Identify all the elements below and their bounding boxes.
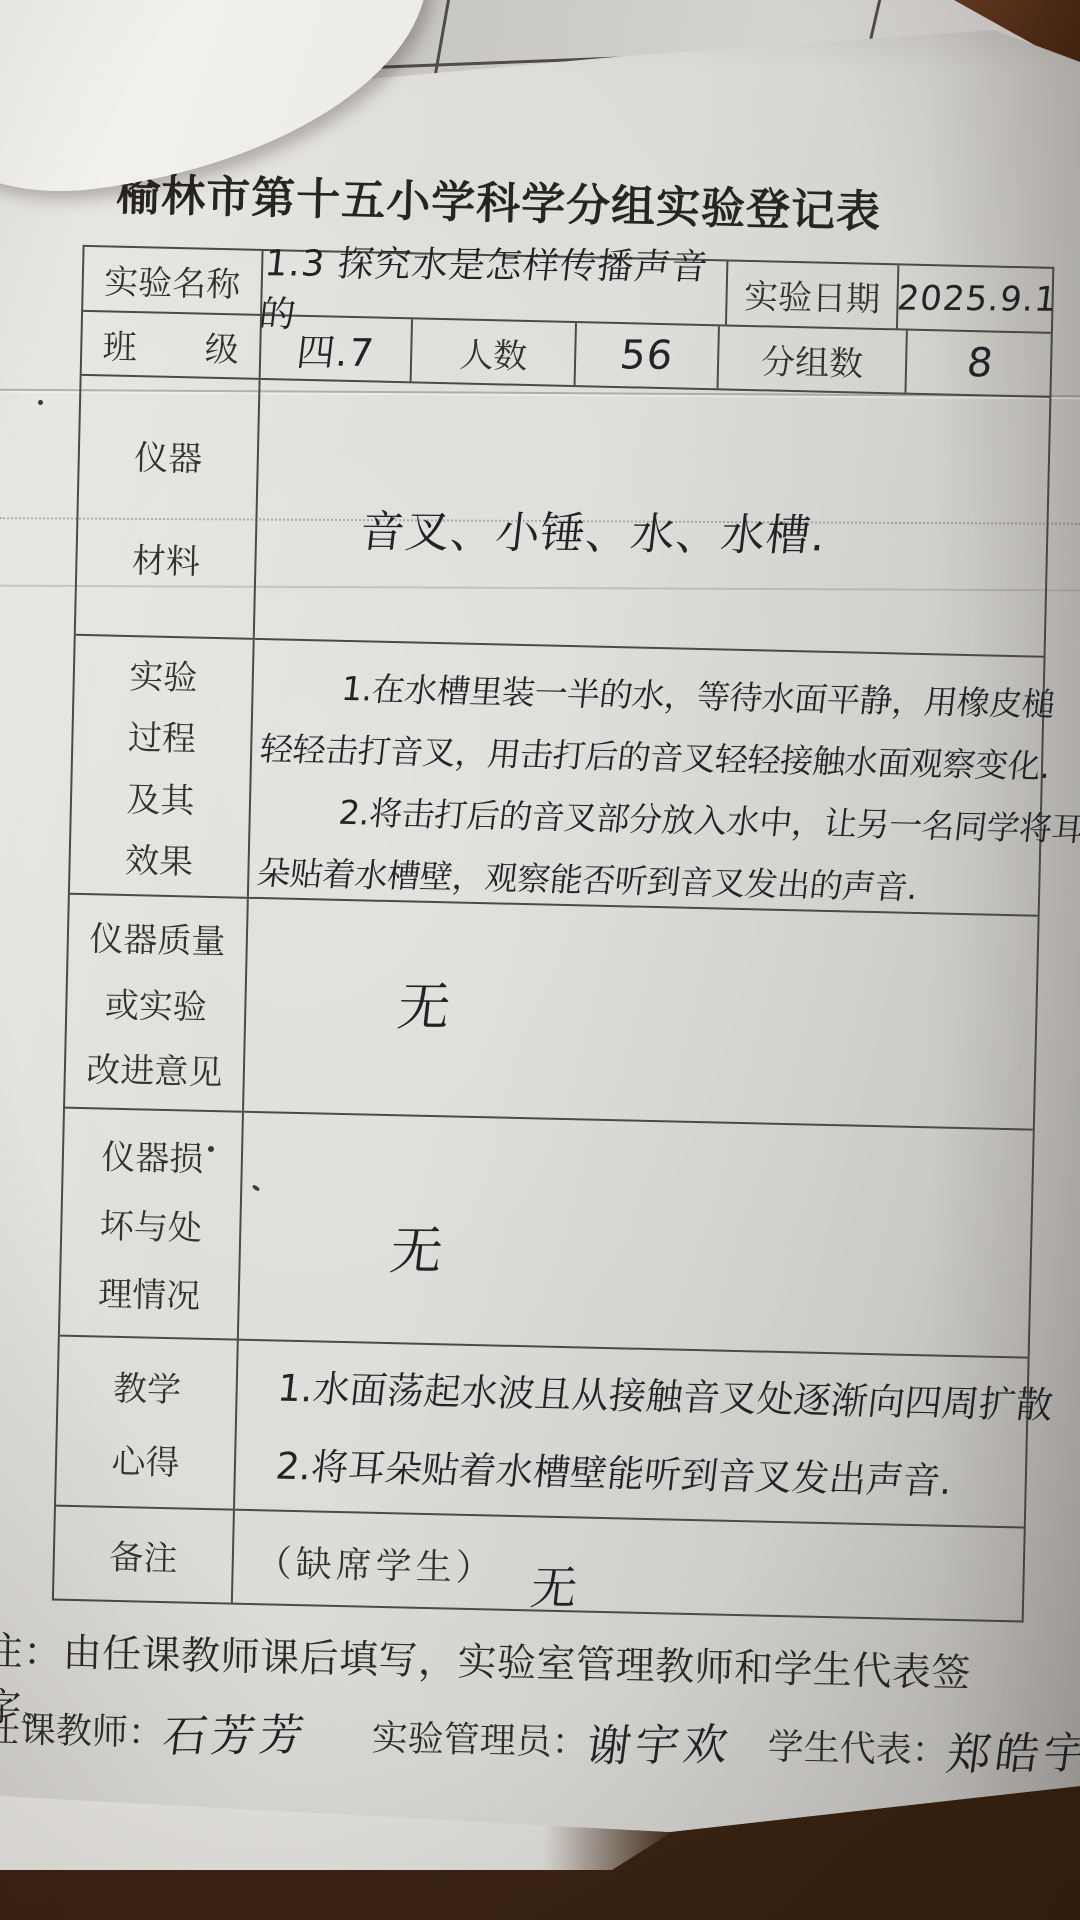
process-label: 实验 过程 及其 效果: [70, 636, 255, 897]
registration-form: 榆林市第十五小学科学分组实验登记表 实验名称 1.3 探究水是怎样传播声音的 实…: [0, 139, 1040, 1881]
experiment-name-cell: 1.3 探究水是怎样传播声音的: [262, 251, 728, 325]
table-row-damage: 仪器损 坏与处 理情况 无: [60, 1109, 1033, 1359]
remarks-label: 备注: [54, 1507, 235, 1603]
equipment-handwriting: 音叉、小锤、水、水槽.: [357, 496, 830, 564]
manager-signature-label: 实验管理员：: [371, 1710, 588, 1766]
damage-label-line: 坏与处: [99, 1198, 202, 1249]
table-row-equipment: 仪器 材料 音叉、小锤、水、水槽.: [76, 376, 1050, 658]
reflection-label-line: 心得: [111, 1433, 180, 1484]
experiment-name-label: 实验名称: [83, 247, 263, 314]
remarks-handwriting: 无: [528, 1552, 583, 1618]
damage-cell: 无: [239, 1113, 1037, 1357]
reflection-label: 教学 心得: [56, 1337, 239, 1509]
reflection-label-line: 教学: [113, 1361, 182, 1412]
student-signature-handwriting: 郑皓宇.: [943, 1717, 1080, 1783]
process-label-line: 实验: [129, 649, 198, 700]
students-cell: 56: [576, 323, 720, 388]
groups-cell: 8: [906, 331, 1054, 396]
reflection-handwriting-line: 2.将耳朵贴着水槽壁能听到音叉发出声音.: [246, 1427, 1029, 1522]
equipment-label-line: 仪器: [134, 430, 203, 481]
teacher-signature-handwriting: 石芳芳: [159, 1699, 312, 1765]
process-label-line: 过程: [127, 710, 196, 761]
class-handwriting: 四.7: [294, 321, 378, 377]
remarks-cell: （缺席学生） 无: [233, 1511, 1028, 1621]
students-label: 人数: [412, 319, 577, 385]
process-cell: 1.在水槽里装一半的水，等待水面平静，用橡皮槌 轻轻击打音叉，用击打后的音叉轻轻…: [249, 640, 1048, 915]
form-paper-sheet: 榆林市第十五小学科学分组实验登记表 实验名称 1.3 探究水是怎样传播声音的 实…: [0, 0, 1080, 1920]
quality-cell: 无: [244, 899, 1042, 1129]
class-label: 班 级: [82, 312, 262, 378]
quality-label: 仪器质量 或实验 改进意见: [65, 895, 249, 1111]
damage-label-line: 理情况: [98, 1267, 201, 1318]
damage-label-line: 仪器损: [101, 1129, 204, 1180]
class-cell: 四.7: [261, 316, 413, 381]
students-handwriting: 56: [618, 333, 676, 379]
reflection-cell: 1.水面荡起水波且从接触音叉处逐渐向四周扩散 2.将耳朵贴着水槽壁能听到音叉发出…: [235, 1341, 1032, 1527]
teacher-signature-label: 任课教师：: [0, 1701, 165, 1756]
equipment-label: 仪器 材料: [76, 376, 261, 638]
damage-label: 仪器损 坏与处 理情况: [60, 1109, 244, 1339]
quality-handwriting: 无: [394, 965, 456, 1040]
signature-spacer: [308, 1748, 372, 1749]
quality-label-line: 仪器质量: [89, 911, 226, 963]
damage-handwriting: 无: [387, 1209, 449, 1284]
table-row-process: 实验 过程 及其 效果 1.在水槽里装一半的水，等待水面平静，用橡皮槌 轻轻击打…: [70, 636, 1044, 917]
equipment-label-line: 材料: [131, 533, 200, 584]
experiment-date-cell: 2025.9.1: [898, 265, 1056, 332]
process-label-line: 效果: [125, 833, 194, 884]
process-label-line: 及其: [126, 772, 195, 823]
quality-label-line: 或实验: [104, 977, 207, 1028]
remarks-printed-text: （缺席学生）: [255, 1535, 496, 1591]
photo-scene: 芳芳 榆林市第十五小学科学分组实验登记表 实验名称 1.3 探究水是怎样传播声音…: [0, 0, 1080, 1920]
form-table: 实验名称 1.3 探究水是怎样传播声音的 实验日期 2025.9.1 班 级 四…: [52, 245, 1055, 1623]
equipment-cell: 音叉、小锤、水、水槽.: [255, 380, 1054, 656]
table-row-reflection: 教学 心得 1.水面荡起水波且从接触音叉处逐渐向四周扩散 2.将耳朵贴着水槽壁能…: [56, 1337, 1028, 1529]
quality-label-line: 改进意见: [86, 1042, 223, 1094]
manager-signature-handwriting: 谢宇欢: [583, 1709, 736, 1775]
table-row-quality: 仪器质量 或实验 改进意见 无: [65, 895, 1038, 1131]
experiment-date-label: 实验日期: [727, 262, 899, 329]
experiment-date-handwriting: 2025.9.1: [895, 278, 1059, 319]
signature-spacer: [731, 1758, 767, 1759]
student-signature-label: 学生代表：: [767, 1719, 948, 1774]
groups-handwriting: 8: [965, 340, 997, 386]
groups-label: 分组数: [719, 326, 908, 392]
